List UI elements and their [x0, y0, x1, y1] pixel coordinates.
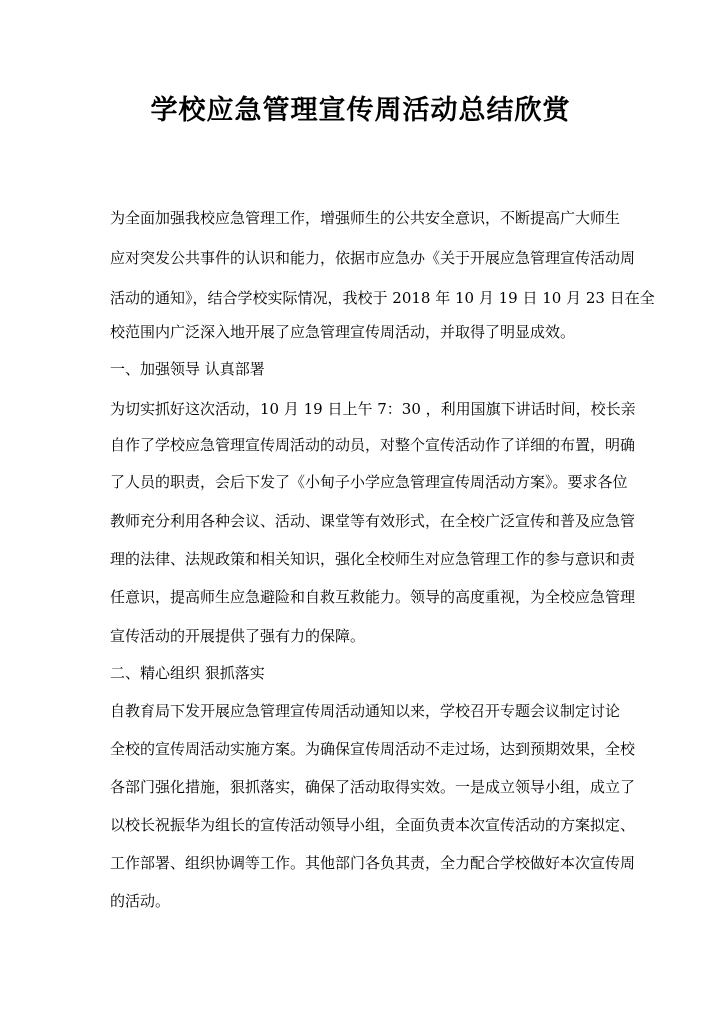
paragraph-line: 应对突发公共事件的认识和能力，依据市应急办《关于开展应急管理宣传活动周 [110, 248, 613, 268]
paragraph-line: 为全面加强我校应急管理工作，增强师生的公共安全意识，不断提高广大师生 [110, 208, 613, 228]
paragraph-line: 校范围内广泛深入地开展了应急管理宣传周活动，并取得了明显成效。 [110, 322, 575, 342]
paragraph-line: 为切实抓好这次活动，10 月 19 日上午 7：30 ，利用国旗下讲话时间，校长… [110, 399, 613, 419]
paragraph-line: 自教育局下发开展应急管理宣传周活动通知以来，学校召开专题会议制定讨论 [110, 701, 613, 721]
paragraph-line: 的活动。 [110, 891, 170, 911]
paragraph-line: 工作部署、组织协调等工作。其他部门各负其责，全力配合学校做好本次宣传周 [110, 853, 613, 873]
paragraph-line: 宣传活动的开展提供了强有力的保障。 [110, 626, 365, 646]
paragraph-line: 理的法律、法规政策和相关知识，强化全校师生对应急管理工作的参与意识和责 [110, 549, 613, 569]
paragraph-line: 以校长祝振华为组长的宣传活动领导小组，全面负责本次宣传活动的方案拟定、 [110, 815, 613, 835]
paragraph-line: 活动的通知》，结合学校实际情况，我校于 2018 年 10 月 19 日 10 … [110, 288, 613, 308]
paragraph-line: 任意识，提高师生应急避险和自救互救能力。领导的高度重视，为全校应急管理 [110, 587, 613, 607]
paragraph-line: 教师充分利用各种会议、活动、课堂等有效形式，在全校广泛宣传和普及应急管 [110, 511, 613, 531]
section-heading: 二、精心组织 狠抓落实 [110, 663, 265, 683]
document-title: 学校应急管理宣传周活动总结欣赏 [0, 88, 721, 127]
paragraph-line: 自作了学校应急管理宣传周活动的动员，对整个宣传活动作了详细的布置，明确 [110, 435, 613, 455]
paragraph-line: 各部门强化措施，狠抓落实，确保了活动取得实效。一是成立领导小组，成立了 [110, 777, 613, 797]
section-heading: 一、加强领导 认真部署 [110, 359, 265, 379]
paragraph-line: 了人员的职责，会后下发了《小甸子小学应急管理宣传周活动方案》。要求各位 [110, 472, 613, 492]
paragraph-line: 全校的宣传周活动实施方案。为确保宣传周活动不走过场，达到预期效果，全校 [110, 739, 613, 759]
